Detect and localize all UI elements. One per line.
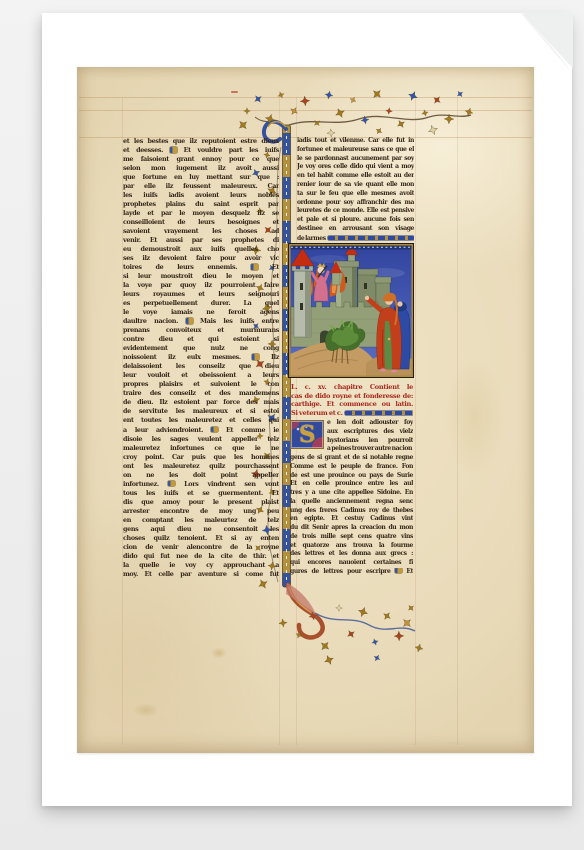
paragraph-mark [168,481,175,487]
text-line: prophetes plains du saint esprit par [123,200,279,209]
text-line: disoie les sages veulent appeller telz [123,435,279,444]
line-filler-bar [328,236,414,241]
left-text-column: et les bestes que ilz reputoient estre d… [123,137,279,579]
ivy-leaf [295,631,304,640]
text-line: ent toutes les maleuretez et celles qui [123,416,279,425]
ivy-leaf [360,115,370,125]
text-line: L. c. xv. chapitre Contient le [291,383,413,392]
ivy-leaf [236,118,250,132]
text-line: ordonne pour soy affranchir des ma [297,199,414,208]
text-line: gens de si grant et de si notable regne [290,454,413,463]
ivy-leaf [370,87,384,101]
ivy-leaf [335,604,342,611]
text-line: renier iour de sa vie quant elle mon [297,181,414,190]
text-line: tres y a une cite appellee Sidoine. En [290,489,413,498]
ruling-line [457,97,458,745]
text-line: tous les iuifs et se guermentent. Et [123,489,279,498]
text-line: destinee en arrousant son visage [297,225,414,234]
text-line: fortunee et maleureuse sans ce que el [297,146,414,155]
ruling-line [279,97,280,745]
text-line: a leur adviendroient. Et comme ie [123,426,279,435]
miniature-illustration [288,243,414,378]
text-line: maleuretez infortunes ce que ie ne [123,444,279,453]
text-line: qui encores nauoient certaines fi [290,559,413,568]
parchment-stain [133,703,159,717]
ivy-leaf [400,616,414,630]
ivy-leaf [381,610,392,621]
ivy-leaf [455,89,464,98]
text-line: eu demoustroit aux iuifs quelles cho [123,245,279,254]
margin-mark [231,91,238,93]
text-line: a peines trouver autre nacion de : [327,445,413,454]
text-line: choses quilz tenoient. Et si ay enten [123,534,279,543]
parchment-stain [211,647,227,659]
text-line: Comme est le peuple de france. Fon [290,463,413,472]
ruling-line [79,97,532,98]
text-line: delaissoient les conseilz que dieu [123,362,279,371]
text-line: les iuifs iadis avoient leurs nobles [123,191,279,200]
product-image: et les bestes que ilz reputoient estre d… [0,0,584,850]
ivy-leaf [278,618,287,627]
ruling-line [79,110,532,111]
paragraph-mark [186,318,193,324]
text-line: layde et par le moyen desquelz ilz se [123,209,279,218]
text-line: carthige. Et commence ou latin. [291,400,413,409]
text-line: leurs royaumes et leurs seignouri [123,290,279,299]
text-line: si leur moustroit dieu le moyen et [123,272,279,281]
text-line: on ne les doit point appeller [123,471,279,480]
paragraph-mark [211,427,218,433]
right-text-column-top: iadis tout et vilenme. Car elle fut info… [297,137,414,243]
text-line: en egipte. Et cestuy Cadinus vint [290,515,413,524]
text-line: cion de venir alencontre de la royne [123,543,279,552]
ivy-leaf [348,95,357,104]
right-text-column-bottom: S e len doit adiouster foyaux escripture… [290,419,413,577]
text-line: contre dieu et qui estoient si [123,335,279,344]
ivy-leaf [312,118,322,128]
ivy-leaf [324,90,334,100]
text-line: et deesses. Et vouldre part les iuifs [123,146,279,155]
text-line: gens aqui dieu ne consentoit les [123,525,279,534]
parchment-stain [445,357,505,477]
text-line: propres plaisirs et suivoient le con [123,380,279,389]
text-line: de larmes [297,234,414,243]
ivy-leaf [277,91,286,100]
text-line: noissoient ilz eulx mesmes. Ilz [123,353,279,362]
initial-letter: S [291,421,323,448]
ivy-leaf [394,631,404,641]
text-line: e len doit adiouster foy [327,419,413,428]
text-line: iadis tout et vilenme. Car elle fut in [297,137,414,146]
text-line: ta sur le feu que elle mesmes avoit [297,190,414,199]
text-line: et quatorze ans trouva la fourme [290,542,413,551]
text-line: toires de leurs ennemis. Et [123,263,279,272]
ivy-leaf [357,606,369,618]
text-line: leur vouloit et obeissoient a leurs [123,371,279,380]
text-line: hystorians len pourroit [327,437,413,446]
text-line: et pale et si ploure. aucune fois sen [297,216,414,225]
ivy-leaf [414,643,424,653]
paragraph-mark [251,264,258,270]
text-line: par elle ilz feussent maleureux. Car [123,182,279,191]
text-line: evidentement que nulz ne cong [123,344,279,353]
paragraph-mark [395,568,402,574]
ivy-leaf [300,96,310,106]
text-line: ont les maleuretez quilz pourchassent [123,462,279,471]
ivy-leaf [323,654,336,667]
text-line: savoient vrayement les choses ad [123,227,279,236]
text-line: de est une prouince ou pays de Surie [290,472,413,481]
text-line: traire des conseilz et des mandemens [123,389,279,398]
text-line: des lettres et les donna aux grecs : [290,550,413,559]
ivy-leaf [374,126,383,135]
text-line: Je voy ores celle dido qui vient a moy [297,163,414,172]
text-line: de servitute les maleureux et si estoi [123,407,279,416]
text-line: moy. Et celle par aventure si come fut [123,570,279,579]
text-line: prenans convoiteux et murmurans [123,326,279,335]
text-line: la voye par quoy ilz pourroient faire [123,281,279,290]
ivy-leaf [421,109,429,117]
ivy-leaf [395,118,406,129]
text-line: aux escriptures des vielz [327,428,413,437]
line-filler-bar [345,411,413,416]
ivy-leaf [334,107,347,120]
text-line: en comptant les maleurtez de telz [123,516,279,525]
text-line: es perpetuellement durer. La quel [123,299,279,308]
text-line: en tel habit comme elle estoit au der [297,172,414,181]
illuminated-initial-s: S [290,420,324,449]
ivy-leaf [318,639,332,653]
text-line: venir. Et aussi par ses prophetes di [123,236,279,245]
ivy-leaf [252,93,264,105]
ivy-leaf [372,653,381,662]
ivy-leaf [444,114,454,124]
text-line: croy point. Car puis que les hommes [123,453,279,462]
text-line: dis que amoy pour le present plaist [123,498,279,507]
ivy-leaf [407,90,420,103]
text-line: la quelle anciennement regna senc [290,498,413,507]
ivy-leaf [345,628,356,639]
text-line: me faisoient grant ennoy pour ce que [123,155,279,164]
text-line: arrester encontre de moy ung peu [123,507,279,516]
text-line: cas de dido royne et fonderesse de: [291,392,413,401]
ivy-leaf [308,611,318,621]
text-line: conseilloient de leurs besoignes et [123,218,279,227]
ivy-leaf [244,108,251,115]
text-line: le voye iamais ne feroit agens [123,308,279,317]
text-line: infortunez. Lors vindrent sen vont [123,480,279,489]
text-line: selon mon iugement ilz avoit aussi [123,164,279,173]
print-sheet: et les bestes que ilz reputoient estre d… [42,13,572,806]
text-line: de dieu. Ilz estoient par force des mais [123,398,279,407]
ivy-leaf [431,94,443,106]
ivy-leaf [288,105,299,116]
text-line: que fortune en luy mettant sur que : [123,173,279,182]
text-line: gures de lettres pour escripre Et [290,568,413,577]
miniature-dido-carthage [288,243,414,378]
paragraph-mark [170,147,177,153]
text-line: et les bestes que ilz reputoient estre d… [123,137,279,146]
text-line: Si veterum et c. [291,409,413,418]
text-line: ses ilz devoient faire pour avoir vic [123,254,279,263]
text-line: de trois mille sept cens quatre vins [290,533,413,542]
text-line: du dit Senir apres la creacion du mon [290,524,413,533]
manuscript-page: et les bestes que ilz reputoient estre d… [77,67,534,753]
ivy-leaf [406,603,416,613]
text-line: la quelle ie voy cy approuchant a [123,561,279,570]
ivy-leaf [264,113,276,125]
paragraph-mark [252,354,259,360]
ivy-leaf [371,638,380,647]
text-line: le se pardonnast aucunement par soy [297,155,414,164]
ivy-leaf [385,107,392,114]
text-line: leuretes de ce monde. Elle est pensive [297,207,414,216]
text-line: dido qui fut nee de la cite de thir. et [123,552,279,561]
text-line: ung des freres Cadinus roy de thebes [290,507,413,516]
text-line: daultre nacion. Mais les iuifs entre [123,317,279,326]
ivy-leaf [256,577,269,590]
ivy-leaf [464,107,474,117]
text-line: Et en celle prouince entre les aul [290,480,413,489]
ruling-line [415,97,416,745]
chapter-rubric: L. c. xv. chapitre Contient lecas de did… [291,383,413,417]
ivy-leaf [427,124,439,136]
